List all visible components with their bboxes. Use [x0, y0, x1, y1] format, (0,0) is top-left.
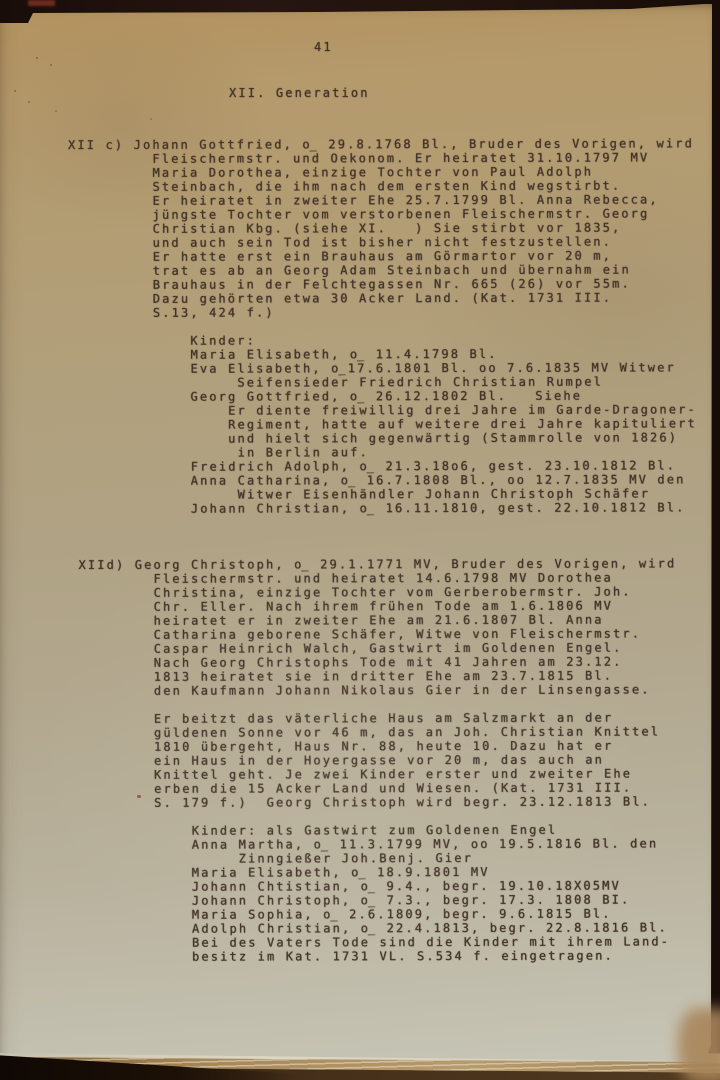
document-page: 41 XII. Generation XII c) Johann Gottfri… — [0, 0, 720, 1080]
text-line: den Kaufmann Johann Nikolaus Gier in der… — [69, 682, 697, 698]
page-number: 41 — [314, 40, 333, 54]
paper-speck — [14, 90, 16, 92]
text-line: Seifensieder Friedrich Christian Rumpel — [69, 374, 697, 390]
section-heading: XII. Generation — [229, 86, 370, 100]
text-line: Johann Christian, o̲ 16.11.1810, gest. 2… — [69, 500, 697, 516]
top-left-red-object — [28, 0, 55, 6]
paper-speck — [50, 64, 52, 66]
paper-speck — [36, 57, 38, 59]
text-line: Anna Martha, o̲ 11.3.1799 MV, oo 19.5.18… — [70, 836, 698, 852]
text-line: Dazu gehörten etwa 30 Acker Land. (Kat. … — [68, 290, 696, 306]
photo-scene: 41 XII. Generation XII c) Johann Gottfri… — [0, 0, 720, 1080]
paper-speck — [55, 110, 57, 112]
document-text: XII c) Johann Gottfried, o̲ 29.8.1768 Bl… — [68, 136, 698, 964]
photo-background: { "document": { "page_number": "41", "he… — [0, 0, 720, 1080]
text-line: besitz im Kat. 1731 VL. S.534 f. eingetr… — [70, 948, 698, 964]
paper-speck — [137, 795, 141, 798]
text-line: und hielt sich gegenwärtig (Stammrolle v… — [69, 430, 697, 446]
paper-speck — [28, 101, 30, 103]
bottom-right-page-blur — [678, 1008, 720, 1080]
paper-speck — [150, 118, 152, 120]
text-line: Fleischermstr. und Oekonom. Er heiratet … — [68, 150, 696, 166]
text-line: S. 179 f.) Georg Christoph wird begr. 23… — [70, 794, 698, 810]
